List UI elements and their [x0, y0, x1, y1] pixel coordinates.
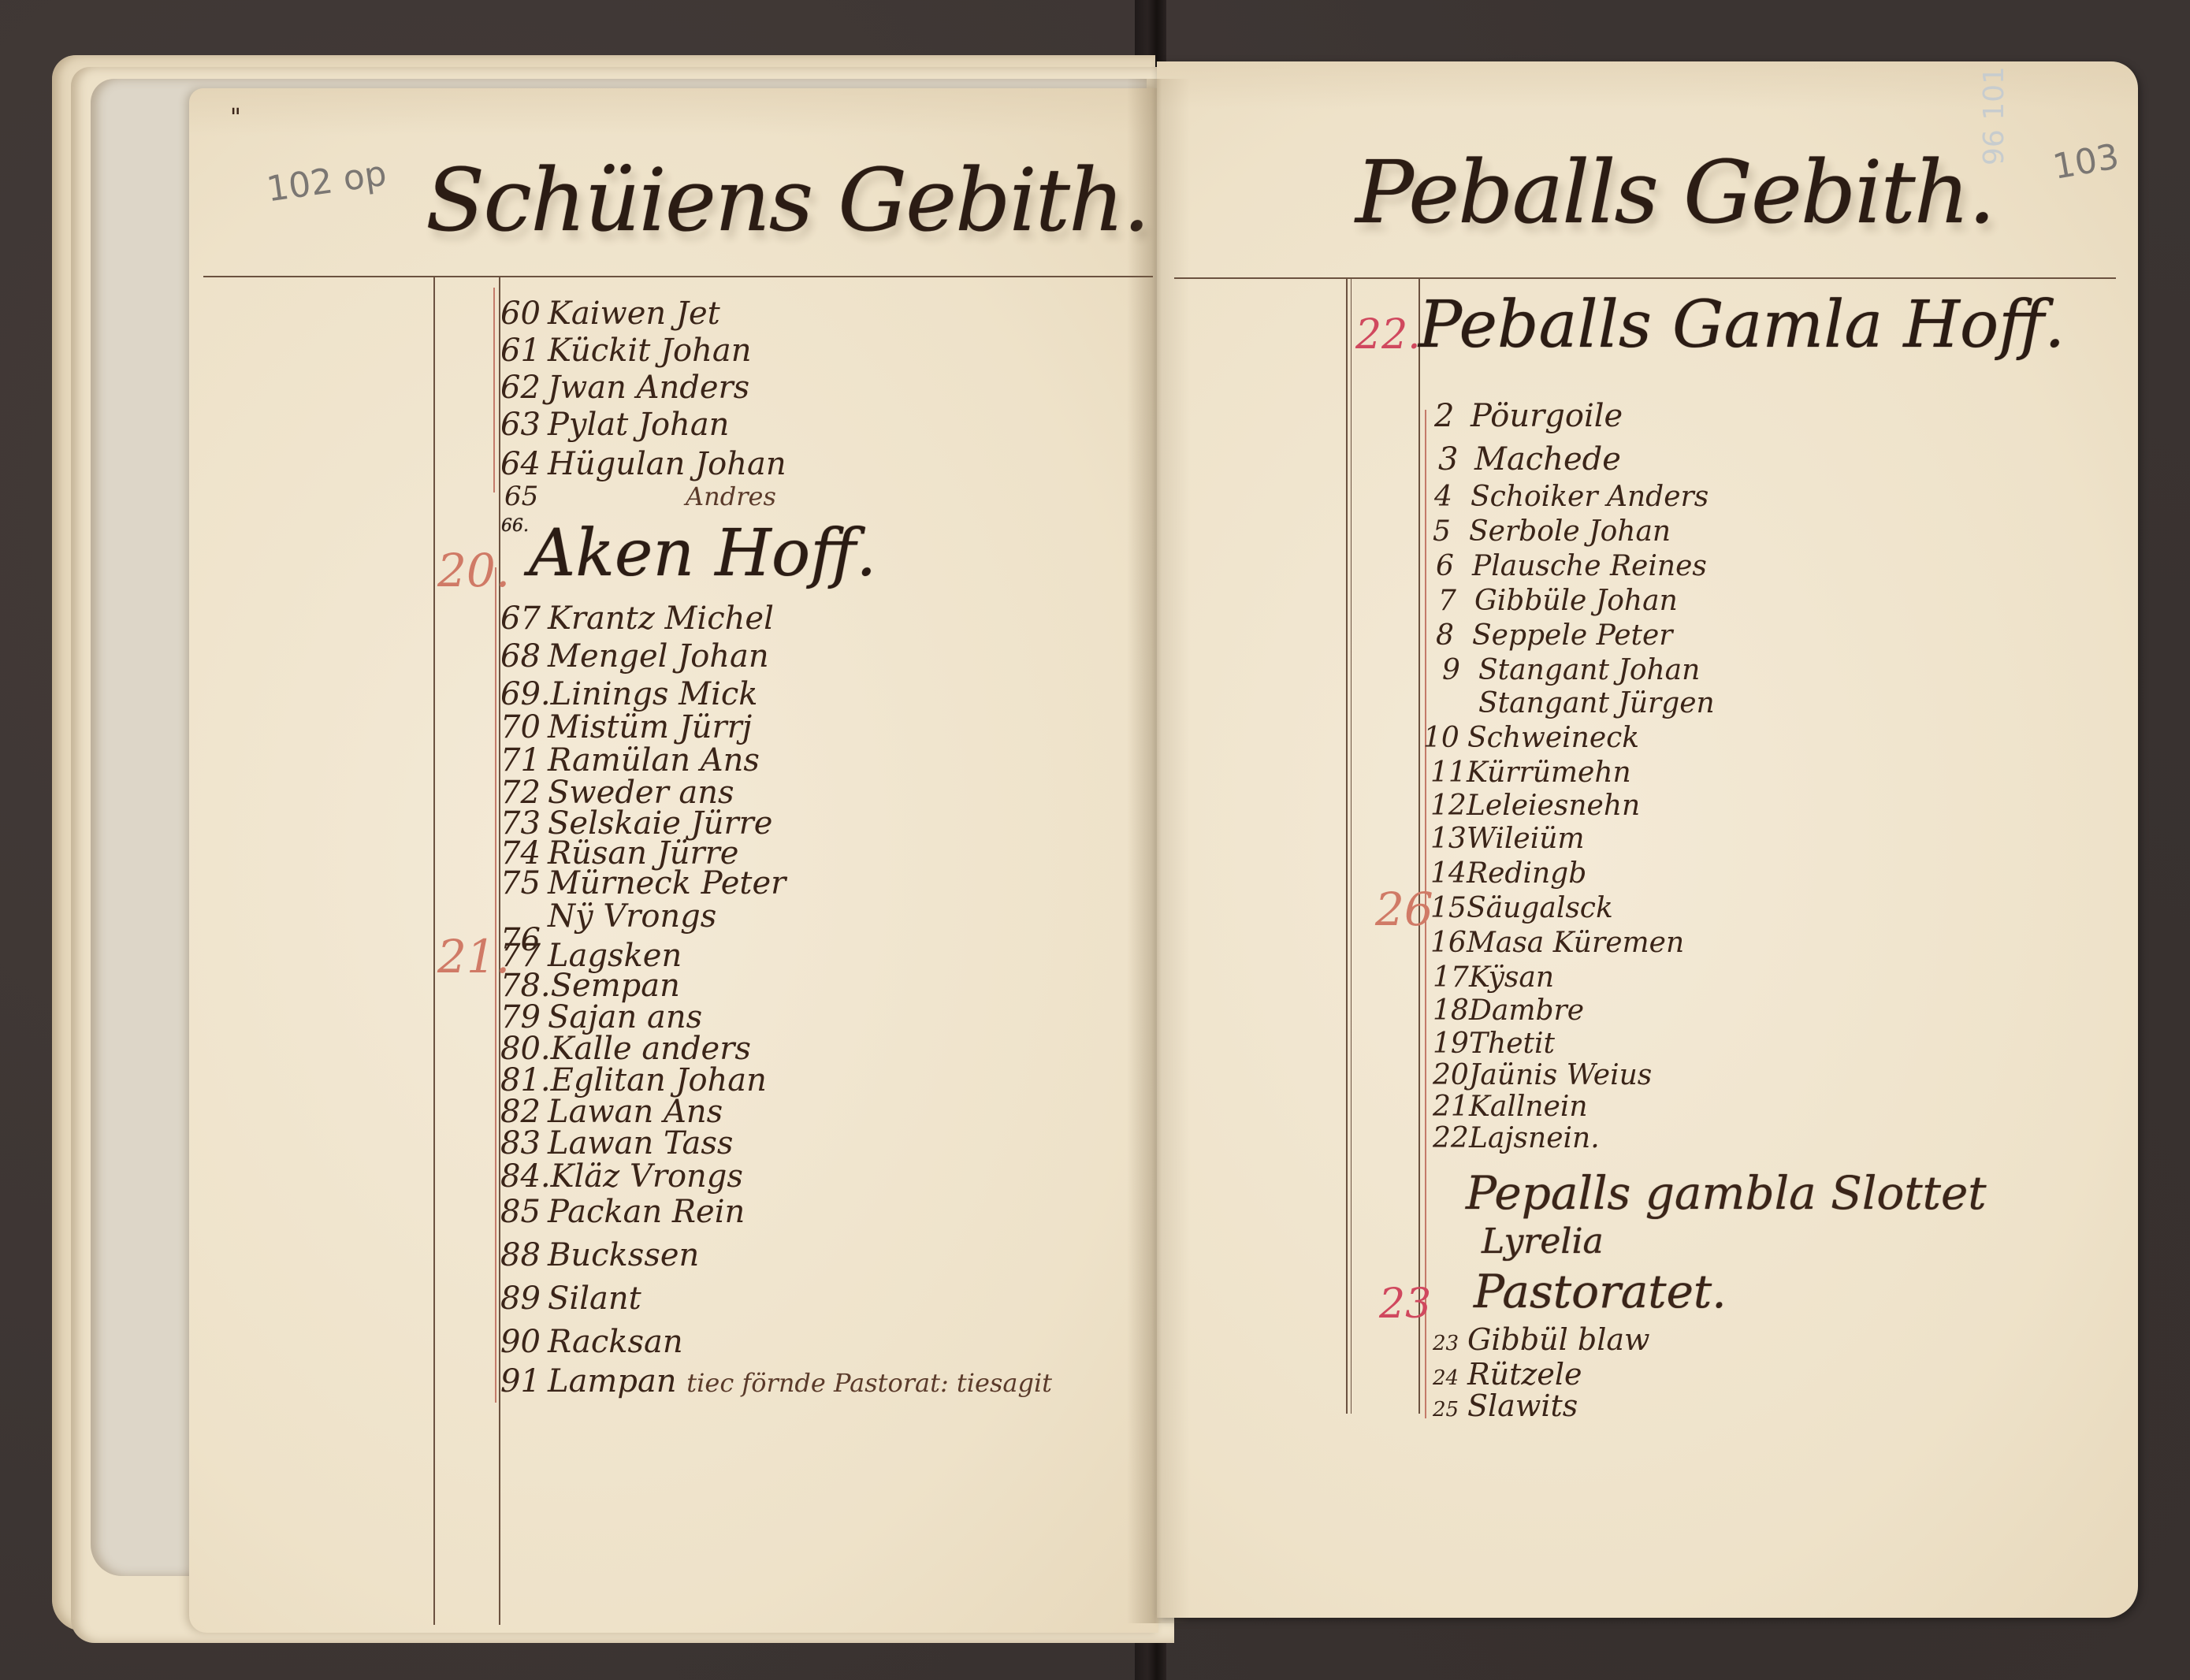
register-entry: 13Wileiüm: [1430, 823, 1585, 855]
column-rule: [1346, 279, 1348, 1414]
subheading-pastoratet: Pastoratet.: [1474, 1265, 1727, 1318]
register-entry: 4Schoiker Anders: [1434, 481, 1708, 513]
register-entry: 15Säugalsck: [1430, 892, 1613, 924]
register-entry: 17Kÿsan: [1433, 961, 1554, 994]
subheading-lyrelia: Lyrelia: [1482, 1221, 1604, 1262]
column-rule: [1418, 279, 1420, 1414]
bracket-rule: [493, 288, 495, 492]
register-entry: 89Silant: [500, 1280, 641, 1317]
register-entry: 25Slawits: [1433, 1388, 1578, 1423]
register-entry: 23Gibbül blaw: [1433, 1322, 1650, 1357]
section-heading-aken-hoff: 66.Aken Hoff.: [501, 516, 876, 591]
register-entry: 60Kaiwen Jet: [500, 295, 720, 332]
subheading-gambla-slottet: Pepalls gambla Slottet: [1466, 1166, 1987, 1220]
register-entry: 88Buckssen: [500, 1237, 699, 1273]
register-entry: 84.Kläz Vrongs: [500, 1158, 743, 1195]
register-entry: 10Schweineck: [1423, 722, 1639, 754]
register-entry: 61Kückit Johan: [500, 333, 751, 369]
register-entry: 8Seppele Peter: [1436, 619, 1673, 652]
register-entry: Nÿ Vrongs: [548, 898, 716, 935]
register-entry: 90Racksan: [500, 1324, 683, 1360]
register-entry: 12Leleiesnehn: [1430, 790, 1640, 822]
register-entry: 62Jwan Anders: [500, 370, 749, 406]
register-entry: 2Pöurgoile: [1434, 398, 1623, 434]
register-entry: 11Kürrümehn: [1430, 756, 1631, 789]
register-entry: 14Redingb: [1430, 857, 1586, 890]
margin-number-red: 21.: [437, 930, 510, 983]
header-rule: [203, 276, 1153, 277]
register-entry: 3Machede: [1438, 441, 1621, 478]
register-entry: 19Thetit: [1433, 1028, 1555, 1060]
register-entry: 16Masa Küremen: [1430, 927, 1684, 959]
register-entry: 91Lampan tiec förnde Pastorat: tiesagit: [500, 1363, 1052, 1399]
register-entry: 75Mürneck Peter: [500, 865, 786, 901]
register-entry: 20Jaünis Weius: [1433, 1059, 1652, 1091]
margin-number-red: 23: [1379, 1280, 1431, 1328]
page-title-left: Schüiens Gebith.: [426, 150, 1149, 251]
section-heading-gamla-hoff: Peballs Gamla Hoff.: [1418, 288, 2065, 362]
register-entry: 21Kallnein: [1433, 1091, 1588, 1123]
margin-number-red: 20.: [437, 544, 510, 597]
register-entry: 85Packan Rein: [500, 1194, 745, 1230]
register-entry: 70Mistüm Jürrj: [500, 709, 752, 745]
register-entry: 5Serbole Johan: [1433, 515, 1671, 548]
margin-number-red: 22.: [1355, 311, 1421, 359]
column-rule: [433, 277, 435, 1625]
register-entry: 68Mengel Johan: [500, 638, 769, 675]
register-entry: 71Ramülan Ans: [500, 742, 760, 779]
register-entry: 24Rützele: [1433, 1357, 1582, 1392]
register-entry: 64Hügulan Johan: [500, 446, 786, 482]
margin-number-red: 26: [1375, 883, 1433, 936]
header-rule: [1174, 277, 2116, 279]
register-entry: 83Lawan Tass: [500, 1125, 733, 1162]
register-entry: 7Gibbüle Johan: [1438, 585, 1678, 617]
register-entry: 9Stangant Johan: [1442, 654, 1700, 686]
gutter-shadow: [1127, 79, 1190, 1623]
column-rule: [1351, 279, 1352, 1414]
register-entry: 63Pylat Johan: [500, 407, 729, 443]
bracket-rule: [495, 567, 496, 1403]
register-entry: 18Dambre: [1433, 994, 1584, 1027]
page-title-right: Peballs Gebith.: [1355, 142, 1995, 243]
register-entry: 65Andres: [504, 481, 776, 512]
register-entry: 6Plausche Reines: [1436, 550, 1707, 582]
register-entry: 69.Linings Mick: [500, 676, 758, 712]
register-entry: 22Lajsnein.: [1433, 1122, 1600, 1154]
corner-mark: ": [230, 104, 241, 132]
register-entry: Stangant Jürgen: [1478, 687, 1715, 719]
register-entry: 67Krantz Michel: [500, 600, 774, 637]
